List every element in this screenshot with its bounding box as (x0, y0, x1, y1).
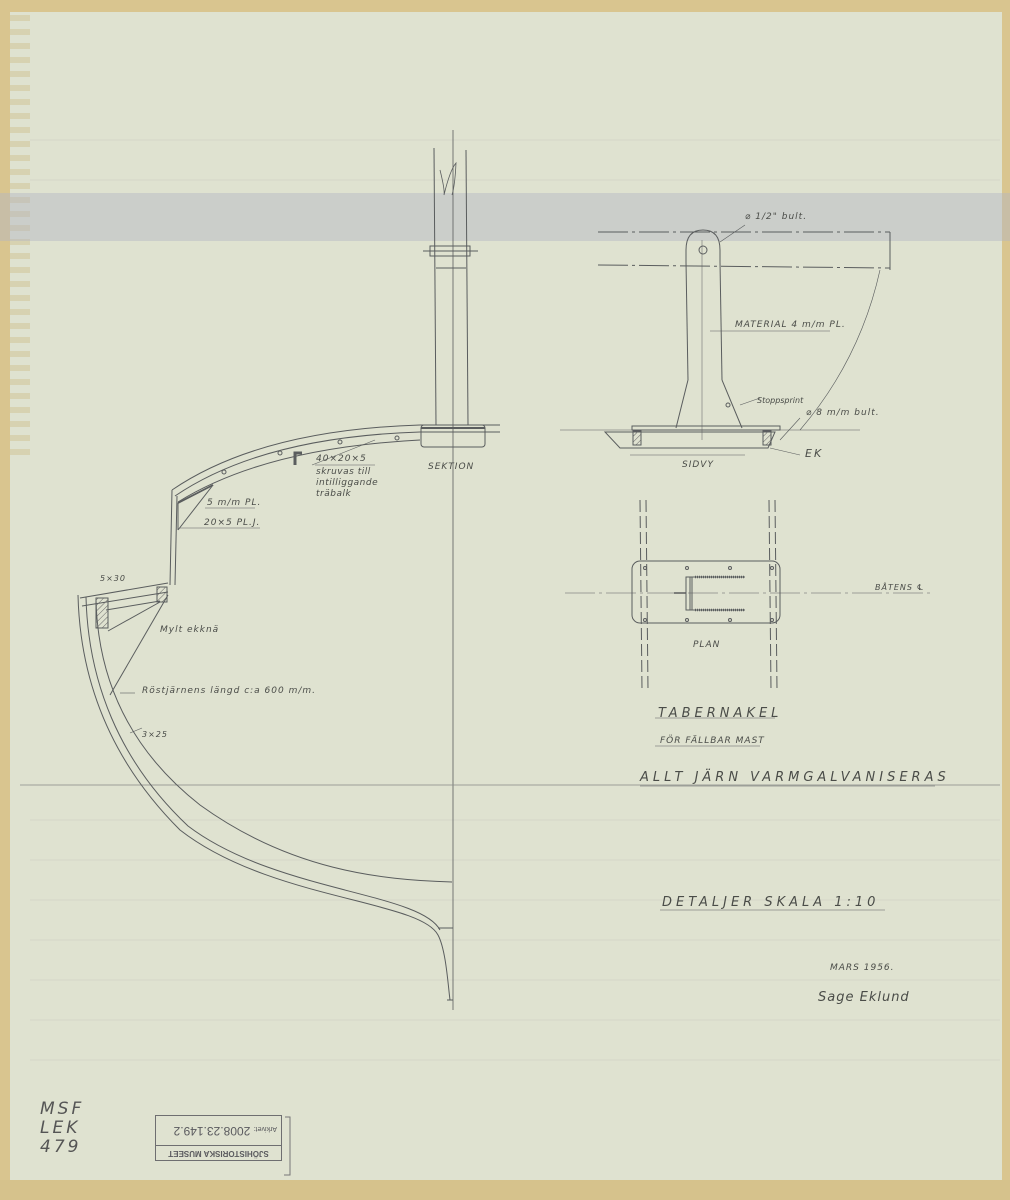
annotation-ek: EK (805, 447, 823, 460)
annotation-angle-note-1: skruvas till (316, 467, 371, 477)
annotation-stoppsprint: Stoppsprint (757, 396, 803, 405)
annotation-dim-3x25: 3×25 (142, 730, 168, 739)
stamp-museum-name: SJÖHISTORISKA MUSEET (156, 1145, 281, 1158)
stamp-archive-line: Arkivet: 2008.23.149.2 (174, 1124, 277, 1138)
faint-grid (30, 140, 1000, 1060)
archive-handwritten-id: MSF LEK 479 (40, 1100, 84, 1157)
detail-scale: DETALJER SKALA 1:10 (662, 895, 879, 910)
technical-drawing (0, 0, 1010, 1200)
stamp-number: 2008.23.149.2 (174, 1124, 251, 1138)
annotation-angle-profile: 40×20×5 (316, 454, 367, 464)
stamp-label: Arkivet: (254, 1125, 277, 1132)
annotation-plate-5mm: 5 m/m PL. (207, 498, 261, 508)
drawing-date: MARS 1956. (830, 963, 895, 973)
label-sidvy: SIDVY (682, 460, 714, 470)
annotation-rod-length: Röstjärnens längd c:a 600 m/m. (142, 686, 316, 696)
annotation-bolt-base: ⌀ 8 m/m bult. (806, 408, 880, 418)
plan-view (565, 500, 930, 690)
label-sektion: SEKTION (428, 462, 474, 472)
annotation-angle-note-2: intilliggande (316, 478, 378, 488)
note-galvanized: ALLT JÄRN VARMGALVANISERAS (640, 770, 950, 785)
annotation-dim-5x30: 5×30 (100, 574, 126, 583)
annotation-bolt-top: ⌀ 1/2" bult. (745, 212, 807, 222)
stamp-bracket (284, 1117, 290, 1175)
hull-profile (78, 485, 453, 1000)
sidvy-view (560, 230, 890, 455)
annotation-knee: Mylt ekknä (160, 625, 219, 635)
museum-stamp: SJÖHISTORISKA MUSEET Arkivet: 2008.23.14… (155, 1115, 282, 1161)
archive-line-2: LEK (40, 1119, 84, 1138)
title-tabernakel: TABERNAKEL (658, 706, 782, 721)
annotation-flat-bar: 20×5 PL.J. (204, 518, 260, 528)
archive-line-3: 479 (40, 1138, 84, 1157)
annotation-centerline: BÅTENS ℄ (875, 583, 925, 592)
subtitle-fallbar-mast: FÖR FÄLLBAR MAST (660, 736, 765, 746)
annotation-angle-note-3: träbalk (316, 489, 351, 499)
signature: Sage Eklund (818, 990, 910, 1005)
archive-line-1: MSF (40, 1100, 84, 1119)
label-plan: PLAN (693, 640, 720, 650)
annotation-material: MATERIAL 4 m/m PL. (735, 320, 846, 330)
